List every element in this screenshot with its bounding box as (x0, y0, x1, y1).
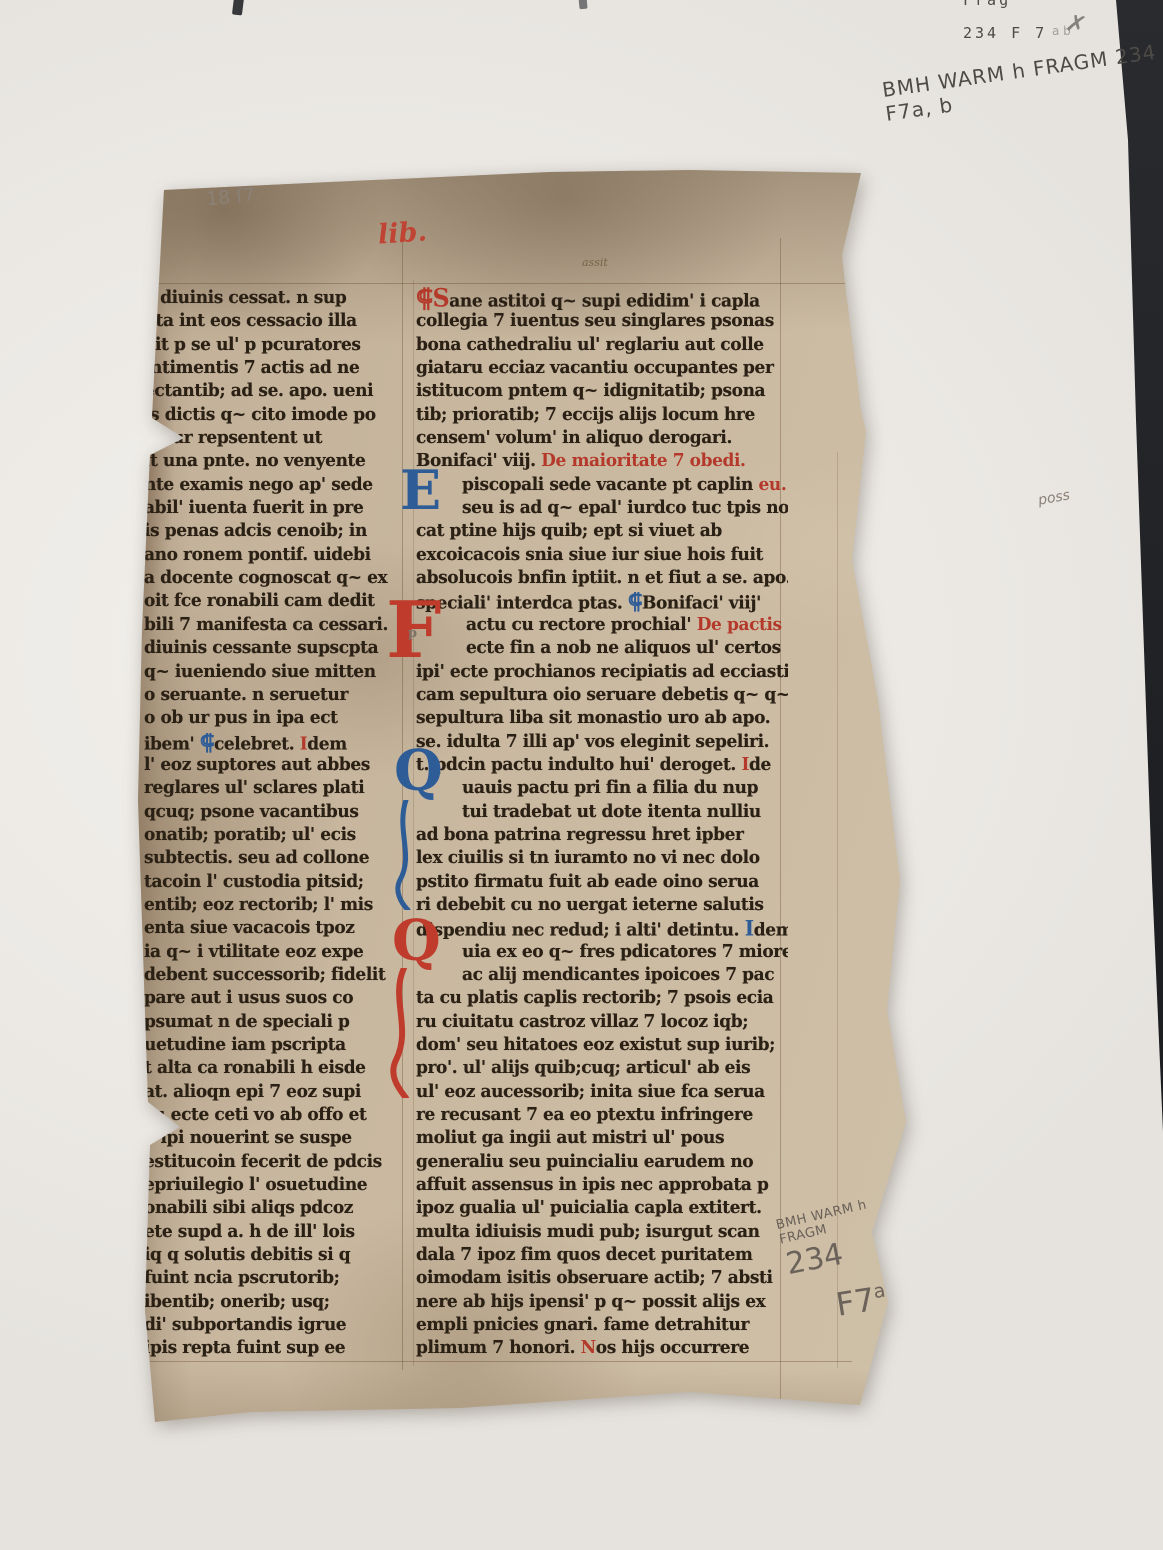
ms-text-line: ia q~ i vtilitate eoz expe (144, 940, 398, 964)
ms-text-segment: pro'. ul' alijs quib;cuq; articul' ab ei… (416, 1058, 750, 1079)
ms-text-line: dta int eos cessacio illa (144, 310, 398, 334)
ms-text-line: lex ciuilis si tn iuramto no vi nec dolo (416, 847, 788, 871)
ms-text-line: a docente cognoscat q~ ex (144, 567, 398, 591)
ms-text-segment: ta cu platis caplis rectorib; 7 psois ec… (416, 988, 773, 1009)
ms-text-segment: epriuilegio l' osuetudine (144, 1175, 367, 1196)
ms-text-segment: ac alij mendicantes ipoicoes 7 pac (462, 965, 774, 986)
ms-text-segment: t alta ca ronabili h eisde (144, 1058, 366, 1079)
ms-text-line: ectantib; ad se. apo. ueni (144, 380, 398, 404)
ms-text-segment: oimodam isitis obseruare actib; 7 absti (416, 1268, 773, 1289)
ms-text-line: it una pnte. no venyente (144, 450, 398, 474)
ms-text-line: a diuinis cessat. n sup (144, 287, 398, 311)
ms-text-line: ac alij mendicantes ipoicoes 7 pac (416, 964, 788, 988)
ms-text-line: seu is ad q~ epal' iurdco tuc tpis nos (416, 497, 788, 521)
ms-text-line: speciali' interdca ptas. ⸿Bonifaci' viij… (416, 590, 788, 614)
ms-text-segment: eu. (758, 474, 786, 495)
top-edge-clip-mark (232, 0, 244, 16)
ms-text-line: actu cu rectore prochial' De pactis (416, 613, 788, 637)
ms-text-line: o ipi nouerint se suspe (144, 1127, 398, 1151)
ms-text-segment: multa idiuisis mudi pub; isurgut scan (416, 1221, 760, 1242)
ms-text-segment: censem' volum' in aliquo derogari. (416, 428, 732, 449)
shelfmark-superscript: a (872, 1279, 887, 1304)
ms-text-line: ectur repsentent ut (144, 427, 398, 451)
ruling-line-horizontal (150, 1361, 852, 1362)
handwritten-shelfmark-bottom-line3: F7a (833, 1278, 889, 1323)
ms-text-line: intimentis 7 actis ad ne (144, 357, 398, 381)
ms-text-segment: intimentis 7 actis ad ne (144, 358, 359, 379)
typed-shelfmark-line1: Frag (963, 0, 1011, 9)
blue-initial-Q: Q (394, 746, 443, 796)
ms-text-segment: o seruante. n seruetur (144, 684, 348, 705)
ms-text-line: ul' eoz aucessorib; inita siue fca serua (416, 1080, 788, 1104)
ms-text-segment: ectantib; ad se. apo. ueni (144, 381, 373, 402)
ms-text-segment: os hijs occurrere (596, 1338, 749, 1359)
ms-text-line: plimum 7 honori. Nos hijs occurrere (416, 1337, 788, 1361)
ms-text-line: pare aut i usus suos co (144, 987, 398, 1011)
handwritten-shelfmark-top: BMH WARM h FRAGM 234 F7a, b (881, 39, 1163, 125)
ms-text-line: bili 7 manifesta ca cessari. (144, 613, 398, 637)
ms-text-segment: ipis repta fuint sup ee (144, 1338, 345, 1359)
ms-text-segment: is penas adcis cenoib; in (144, 521, 367, 542)
ms-text-segment: tib; prioratib; 7 eccijs alijs locum hre (416, 404, 755, 425)
ms-text-segment: at. alioqn epi 7 eoz supi (144, 1081, 361, 1102)
red-initial-tail (388, 968, 414, 1098)
ms-text-line: onatib; poratib; ul' ecis (144, 823, 398, 847)
ms-text-line: uauis pactu pri fin a filia du nup (416, 777, 788, 801)
ms-text-segment: tui tradebat ut dote itenta nulliu (462, 801, 761, 822)
ms-text-line: l' eoz suptores aut abbes (144, 753, 398, 777)
ms-text-segment: bona cathedraliu ul' reglariu aut colle (416, 334, 764, 355)
ms-text-line: uia ex eo q~ fres pdicatores 7 miores (416, 940, 788, 964)
ms-text-segment: cat ptine hijs quib; ept si viuet ab (416, 521, 722, 542)
ms-text-line: ete supd a. h de ill' lois (144, 1220, 398, 1244)
ms-text-segment: ⸿ (628, 590, 642, 614)
ms-text-line: se. idulta 7 illi ap' vos eleginit sepel… (416, 730, 788, 754)
ms-text-segment: iq q solutis debitis si q (144, 1245, 350, 1266)
ms-text-segment: ipi' ecte prochianos recipiatis ad eccia… (416, 661, 788, 682)
ms-text-line: debent successorib; fidelit (144, 964, 398, 988)
ms-text-line: affuit assensus in ipis nec approbata p (416, 1174, 788, 1198)
ms-text-line: cam sepultura oio seruare debetis q~ q~ (416, 683, 788, 707)
ms-text-segment: I (745, 917, 754, 941)
top-edge-clip-mark (578, 0, 587, 9)
blue-initial-tail (392, 800, 416, 910)
blue-initial-E: E (400, 466, 441, 515)
ms-text-line: pstito firmatu fuit ab eade oino serua (416, 870, 788, 894)
ms-text-line: qcuq; psone vacantibus (144, 800, 398, 824)
ms-text-line: abil' iuenta fuerit in pre (144, 497, 398, 521)
ms-text-line: oit fce ronabili cam dedit (144, 590, 398, 614)
ms-text-segment: cam sepultura oio seruare debetis q~ q~ (416, 684, 788, 705)
ms-text-line: dom' seu hitatoes eoz existut sup iurib; (416, 1034, 788, 1058)
ms-text-line: ru ciuitatu castroz villaz 7 locoz iqb; (416, 1010, 788, 1034)
ms-text-line: ano ronem pontif. uidebi (144, 543, 398, 567)
ms-text-line: di' subportandis igrue (144, 1314, 398, 1338)
ms-text-segment: enta siue vacacois tpoz (144, 918, 355, 939)
ms-text-line: ibentib; onerib; usq; (144, 1290, 398, 1314)
ms-text-line: ipis repta fuint sup ee (144, 1337, 398, 1361)
ms-text-line: su ecte ceti vo ab offo et (144, 1104, 398, 1128)
ms-text-line: tui tradebat ut dote itenta nulliu (416, 800, 788, 824)
ms-text-segment: pare aut i usus suos co (144, 988, 353, 1009)
ms-text-segment: oit p se ul' p pcuratores (144, 334, 361, 355)
ms-text-line: reglares ul' sclares plati (144, 777, 398, 801)
ms-text-segment: diuinis cessante supscpta (144, 638, 378, 659)
ms-text-line: uetudine iam pscripta (144, 1034, 398, 1058)
ms-text-segment: o ob ur pus in ipa ect (144, 708, 338, 729)
ms-text-segment: ano ronem pontif. uidebi (144, 544, 371, 565)
ms-text-line: iq q solutis debitis si q (144, 1244, 398, 1268)
ms-text-segment: ibentib; onerib; usq; (144, 1291, 330, 1312)
ms-text-segment: re recusant 7 ea eo ptextu infringere (416, 1105, 753, 1126)
ms-text-segment: t. pdcin pactu indulto hui' deroget. (416, 754, 741, 775)
ms-text-segment: pstito firmatu fuit ab eade oino serua (416, 871, 759, 892)
ms-text-segment: piscopali sede vacante pt caplin (462, 474, 758, 495)
ms-text-segment: dispendiu nec redud; i alti' detintu. (416, 920, 745, 941)
ms-text-line: ipoz gualia ul' puicialia capla extitert… (416, 1197, 788, 1221)
ms-text-segment: collegia 7 iuentus seu singlares psonas (416, 311, 774, 332)
ms-text-segment: dem (307, 733, 347, 754)
ms-text-segment: di' subportandis igrue (144, 1315, 346, 1336)
ms-text-line: ta cu platis caplis rectorib; 7 psois ec… (416, 987, 788, 1011)
ms-text-segment: onatib; poratib; ul' ecis (144, 824, 356, 845)
photograph-of-manuscript-fragment: Frag 234 F 7 a b ✗ BMH WARM h FRAGM 234 … (0, 0, 1163, 1550)
ms-text-line: ⸿Sane astitoi q~ supi edidim' i capla (416, 287, 788, 311)
ms-text-segment: De maioritate 7 obedi. (541, 451, 745, 472)
ms-text-segment: sepultura liba sit monastio uro ab apo. (416, 708, 770, 729)
pencil-foliation: 18 ſ7. (205, 184, 262, 211)
ms-text-segment: is dictis q~ cito imode po (144, 404, 376, 425)
ms-text-line: piscopali sede vacante pt caplin eu. (416, 473, 788, 497)
ms-text-segment: se. idulta 7 illi ap' vos eleginit sepel… (416, 731, 769, 752)
ms-text-line: ibem' ⸿celebret. Idem (144, 730, 398, 754)
ms-text-segment: empli pnicies gnari. fame detrahitur (416, 1315, 749, 1336)
ms-text-line: sepultura liba sit monastio uro ab apo. (416, 707, 788, 731)
ms-text-segment: reglares ul' sclares plati (144, 778, 364, 799)
parchment-surface: 18 ſ7. lib. assit a diuinis cessat. n su… (130, 160, 920, 1440)
ms-text-segment: fuint ncia pscrutorib; (144, 1268, 339, 1289)
red-initial-Q: Q (392, 916, 441, 966)
ms-text-line: tib; prioratib; 7 eccijs alijs locum hre (416, 403, 788, 427)
ms-text-line: istitucom pntem q~ idignitatib; psona (416, 380, 788, 404)
ms-text-segment: a docente cognoscat q~ ex (144, 568, 387, 589)
ms-text-line: is dictis q~ cito imode po (144, 403, 398, 427)
ms-text-segment: abil' iuenta fuerit in pre (144, 498, 363, 519)
ms-text-segment: uetudine iam pscripta (144, 1035, 346, 1056)
ms-text-line: fuint ncia pscrutorib; (144, 1267, 398, 1291)
ms-text-line: at. alioqn epi 7 eoz supi (144, 1080, 398, 1104)
ms-text-segment: ri debebit cu no uergat ieterne salutis (416, 895, 764, 916)
ms-text-segment: dom' seu hitatoes eoz existut sup iurib; (416, 1035, 775, 1056)
ms-text-segment: N (581, 1338, 596, 1359)
ms-text-line: moliut ga ingii aut mistri ul' pous (416, 1127, 788, 1151)
ms-text-segment: dem (754, 920, 788, 941)
ms-text-line: subtectis. seu ad collone (144, 847, 398, 871)
ms-text-line: absolucois bnfin iptiit. n et fiut a se.… (416, 567, 788, 591)
ms-text-line: bona cathedraliu ul' reglariu aut colle (416, 333, 788, 357)
ms-text-line: Bonifaci' viij. De maioritate 7 obedi. (416, 450, 788, 474)
ms-text-segment: su ecte ceti vo ab offo et (144, 1105, 366, 1126)
ms-text-line: collegia 7 iuentus seu singlares psonas (416, 310, 788, 334)
ms-text-segment: l' eoz suptores aut abbes (144, 754, 370, 775)
pencil-margin-note: poss (1037, 487, 1071, 508)
ms-text-segment: q~ iueniendo siue mitten (144, 661, 376, 682)
ms-text-segment: speciali' interdca ptas. (416, 593, 628, 614)
ms-text-segment: seu is ad q~ epal' iurdco tuc tpis nos (462, 498, 788, 519)
ms-text-line: is penas adcis cenoib; in (144, 520, 398, 544)
ms-text-line: t alta ca ronabili h eisde (144, 1057, 398, 1081)
ms-text-segment: dta int eos cessacio illa (144, 311, 357, 332)
ms-text-segment: De pactis (697, 614, 782, 635)
ms-text-line: epriuilegio l' osuetudine (144, 1174, 398, 1198)
ms-text-segment: estitucoin fecerit de pdcis (144, 1151, 382, 1172)
ms-text-line: onabili sibi aliqs pdcoz (144, 1197, 398, 1221)
ms-text-segment: excoicacois snia siue iur siue hois fuit (416, 544, 763, 565)
ms-text-segment: uauis pactu pri fin a filia du nup (462, 778, 758, 799)
ms-text-segment: lex ciuilis si tn iuramto no vi nec dolo (416, 848, 760, 869)
ms-text-segment: actu cu rectore prochial' (466, 614, 697, 635)
ms-text-line: dispendiu nec redud; i alti' detintu. Id… (416, 917, 788, 941)
ms-text-segment: Bonifaci' viij' (642, 593, 761, 614)
ms-text-segment: istitucom pntem q~ idignitatib; psona (416, 381, 765, 402)
ms-text-line: diuinis cessante supscpta (144, 637, 398, 661)
column-left: a diuinis cessat. n supdta int eos cessa… (144, 287, 398, 1361)
ms-text-line: ri debebit cu no uergat ieterne salutis (416, 893, 788, 917)
ms-text-segment: absolucois bnfin iptiit. n et fiut a se.… (416, 568, 788, 589)
ms-text-segment: oit fce ronabili cam dedit (144, 591, 375, 612)
ms-text-segment: ia q~ i vtilitate eoz expe (144, 941, 363, 962)
ms-text-segment: ul' eoz aucessorib; inita siue fca serua (416, 1081, 765, 1102)
ms-text-segment: ane astitoi q~ supi edidim' i capla (449, 291, 760, 311)
ms-text-line: oimodam isitis obseruare actib; 7 absti (416, 1267, 788, 1291)
pencil-cross-scribble: ✗ (1063, 8, 1089, 40)
ms-text-segment: it una pnte. no venyente (144, 451, 365, 472)
ms-text-segment: debent successorib; fidelit (144, 965, 385, 986)
ms-text-segment: I (741, 754, 749, 775)
ms-text-segment: ete supd a. h de ill' lois (144, 1221, 355, 1242)
probe-mark: assit (582, 256, 608, 269)
ms-text-line: q~ iueniendo siue mitten (144, 660, 398, 684)
ms-text-line: o seruante. n seruetur (144, 683, 398, 707)
ms-text-segment: generaliu seu puincialiu earudem no (416, 1151, 753, 1172)
ms-text-line: re recusant 7 ea eo ptextu infringere (416, 1104, 788, 1128)
ms-text-segment: plimum 7 honori. (416, 1338, 581, 1359)
ms-text-line: tacoin l' custodia pitsid; (144, 870, 398, 894)
ms-text-segment: bili 7 manifesta ca cessari. (144, 614, 388, 635)
ms-text-segment: ipoz gualia ul' puicialia capla extitert… (416, 1198, 762, 1219)
ms-text-segment: qcuq; psone vacantibus (144, 801, 359, 822)
ms-text-line: cat ptine hijs quib; ept si viuet ab (416, 520, 788, 544)
ms-text-line: psumat n de speciali p (144, 1010, 398, 1034)
ms-text-segment: ibem' (144, 733, 200, 754)
parchment-leaf: 18 ſ7. lib. assit a diuinis cessat. n su… (130, 160, 920, 1440)
ms-text-line: giataru ecciaz vacantiu occupantes per (416, 357, 788, 381)
ms-text-line: ad bona patrina regressu hret ipber (416, 823, 788, 847)
ms-text-segment: a diuinis cessat. n sup (144, 288, 346, 309)
ms-text-line: nte examis nego ap' sede (144, 473, 398, 497)
ms-text-line: t. pdcin pactu indulto hui' deroget. Ide (416, 753, 788, 777)
ms-text-line: oit p se ul' p pcuratores (144, 333, 398, 357)
ruling-line-horizontal (152, 283, 846, 284)
ms-text-line: empli pnicies gnari. fame detrahitur (416, 1314, 788, 1338)
ms-text-segment: subtectis. seu ad collone (144, 848, 369, 869)
column-right: ⸿Sane astitoi q~ supi edidim' i caplacol… (416, 287, 788, 1361)
ms-text-segment: celebret. (214, 733, 300, 754)
ms-text-segment: de (749, 754, 771, 775)
ms-text-segment: psumat n de speciali p (144, 1011, 350, 1032)
ms-text-segment: entib; eoz rectorib; l' mis (144, 895, 373, 916)
ms-text-segment: ⸿ (200, 730, 214, 754)
ms-text-segment: affuit assensus in ipis nec approbata p (416, 1175, 769, 1196)
ms-text-segment: nere ab hijs ipensi' p q~ possit alijs e… (416, 1291, 765, 1312)
ms-text-segment: tacoin l' custodia pitsid; (144, 871, 364, 892)
handwritten-shelfmark-bottom-line1: BMH WARM h FRAGM (775, 1186, 920, 1247)
ms-text-segment: ad bona patrina regressu hret ipber (416, 824, 744, 845)
typed-shelfmark-line2: 234 F 7 (963, 24, 1047, 42)
ms-text-segment: dala 7 ipoz fim quos decet puritatem (416, 1245, 752, 1266)
pencil-initial-p: p (408, 628, 417, 640)
ms-text-segment: nte examis nego ap' sede (144, 474, 373, 495)
ms-text-line: generaliu seu puincialiu earudem no (416, 1150, 788, 1174)
running-title-red: lib. (377, 216, 428, 250)
ms-text-line: ipi' ecte prochianos recipiatis ad eccia… (416, 660, 788, 684)
ms-text-segment: ecte fin a nob ne aliquos ul' certos (466, 638, 781, 659)
ms-text-segment: moliut ga ingii aut mistri ul' pous (416, 1128, 724, 1149)
ms-text-line: ecte fin a nob ne aliquos ul' certos (416, 637, 788, 661)
ms-text-segment: ru ciuitatu castroz villaz 7 locoz iqb; (416, 1011, 748, 1032)
ms-text-segment: uia ex eo q~ fres pdicatores 7 miores (462, 941, 788, 962)
ms-text-segment: giataru ecciaz vacantiu occupantes per (416, 358, 774, 379)
ms-text-line: excoicacois snia siue iur siue hois fuit (416, 543, 788, 567)
ms-text-line: pro'. ul' alijs quib;cuq; articul' ab ei… (416, 1057, 788, 1081)
ms-text-segment: ⸿S (416, 287, 449, 311)
ms-text-line: enta siue vacacois tpoz (144, 917, 398, 941)
ms-text-line: estitucoin fecerit de pdcis (144, 1150, 398, 1174)
ms-text-line: o ob ur pus in ipa ect (144, 707, 398, 731)
ms-text-line: dala 7 ipoz fim quos decet puritatem (416, 1244, 788, 1268)
ms-text-line: multa idiuisis mudi pub; isurgut scan (416, 1220, 788, 1244)
ms-text-segment: o ipi nouerint se suspe (144, 1128, 352, 1149)
ms-text-line: entib; eoz rectorib; l' mis (144, 893, 398, 917)
ms-text-segment: onabili sibi aliqs pdcoz (144, 1198, 353, 1219)
ms-text-segment: ectur repsentent ut (144, 428, 322, 449)
ms-text-line: nere ab hijs ipensi' p q~ possit alijs e… (416, 1290, 788, 1314)
ms-text-line: censem' volum' in aliquo derogari. (416, 427, 788, 451)
